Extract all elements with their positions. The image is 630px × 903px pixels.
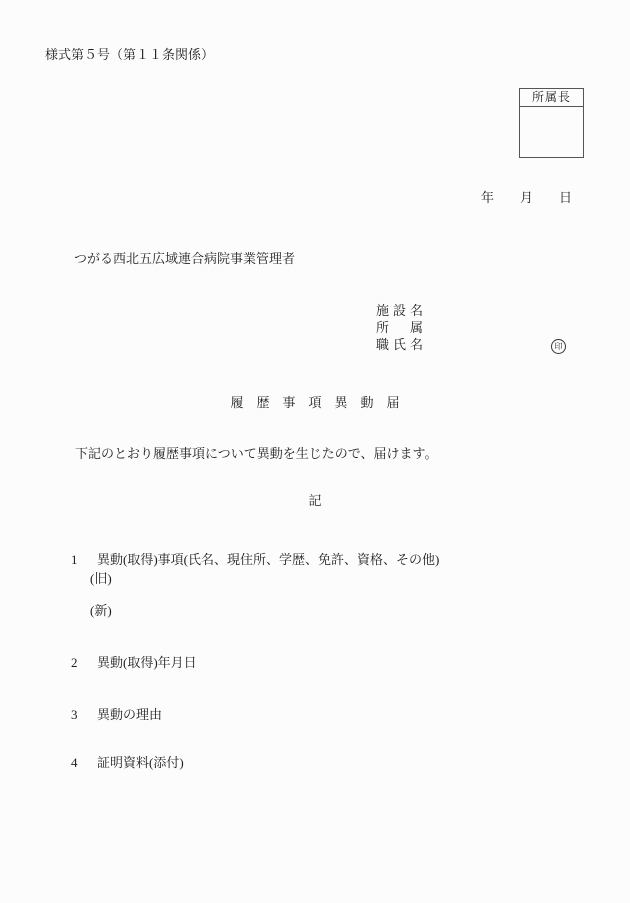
ki-heading: 記 xyxy=(0,493,630,509)
item-1-old-label: (旧) xyxy=(90,568,112,587)
item-1-label: 異動(取得)事項(氏名、現住所、学歴、免許、資格、その他) xyxy=(97,552,439,567)
date-line: 年 月 日 xyxy=(481,190,572,206)
approval-box-header: 所属長 xyxy=(520,89,583,107)
form-number: 様式第５号（第１１条関係） xyxy=(45,47,214,63)
list-item-1: 1異動(取得)事項(氏名、現住所、学歴、免許、資格、その他) xyxy=(58,533,439,584)
document-page: 様式第５号（第１１条関係） 所属長 年 月 日 つがる西北五広域連合病院事業管理… xyxy=(0,0,630,903)
item-3-number: 3 xyxy=(71,707,97,723)
seal-icon: 印 xyxy=(551,339,566,354)
item-3-label: 異動の理由 xyxy=(97,707,162,722)
department-label: 所 属 xyxy=(376,320,427,336)
approval-box: 所属長 xyxy=(519,88,584,158)
list-item-4: 4証明資料(添付) xyxy=(58,736,184,787)
item-2-label: 異動(取得)年月日 xyxy=(97,655,197,670)
document-title: 履 歴 事 項 異 動 届 xyxy=(0,395,630,411)
item-4-label: 証明資料(添付) xyxy=(97,755,184,770)
item-1-new-label: (新) xyxy=(90,600,112,619)
facility-name-label: 施設名 xyxy=(376,303,427,319)
list-item-3: 3異動の理由 xyxy=(58,688,162,739)
body-statement: 下記のとおり履歴事項について異動を生じたので、届けます。 xyxy=(75,446,437,462)
seal-text: 印 xyxy=(554,342,562,350)
addressee: つがる西北五広域連合病院事業管理者 xyxy=(74,251,295,267)
approval-box-signature-cell xyxy=(520,107,583,157)
item-4-number: 4 xyxy=(71,755,97,771)
list-item-2: 2異動(取得)年月日 xyxy=(58,636,197,687)
item-1-number: 1 xyxy=(71,552,97,568)
position-and-name-label: 職氏名 xyxy=(376,337,427,353)
item-2-number: 2 xyxy=(71,655,97,671)
